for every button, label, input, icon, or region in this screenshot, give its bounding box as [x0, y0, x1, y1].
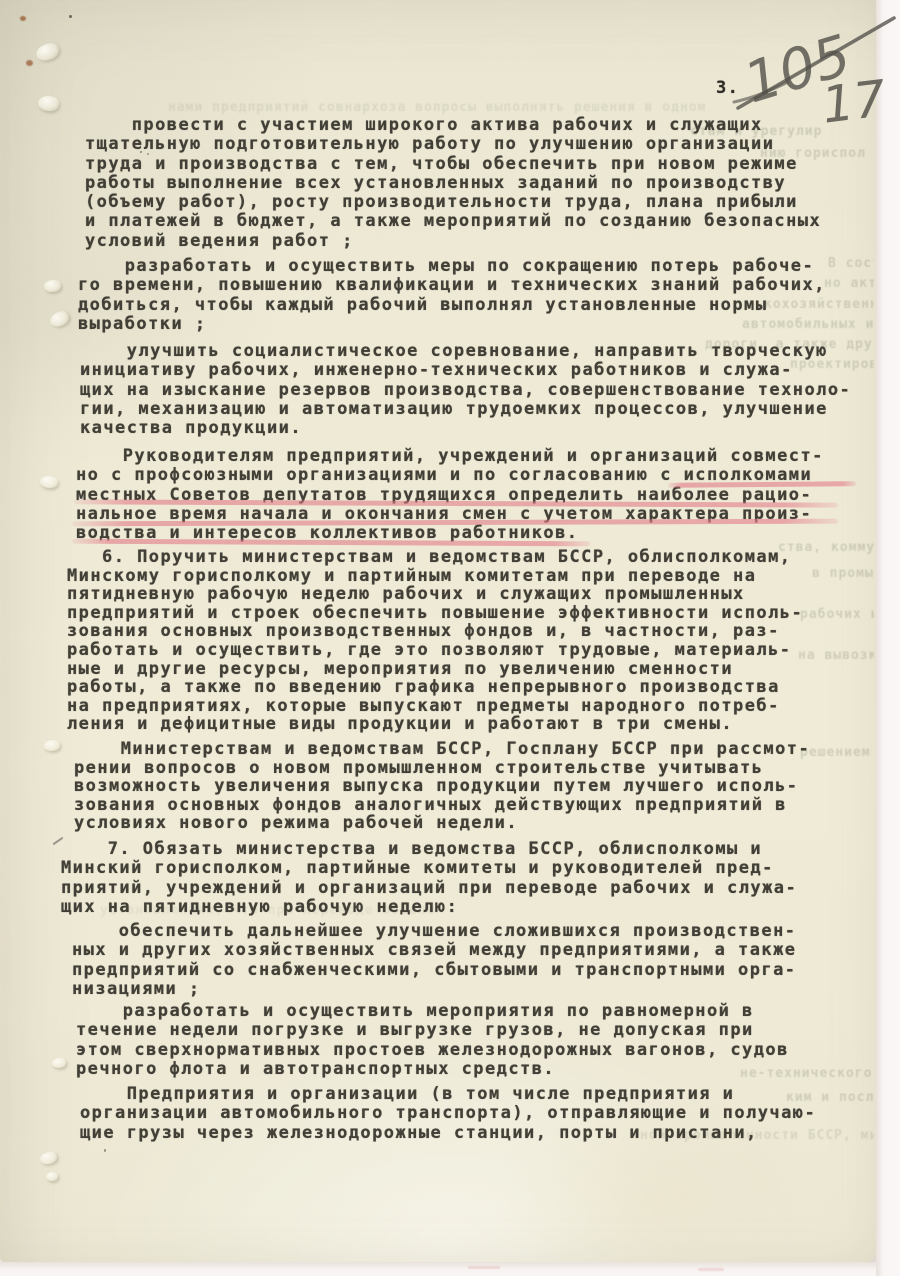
paper-crease	[44, 740, 60, 751]
ink-bleed-text: решением весьм	[800, 745, 874, 760]
ink-speck	[104, 1149, 106, 1152]
ink-bleed-text: но актив	[824, 276, 874, 291]
scanner-background-right	[876, 0, 900, 1276]
scanner-background-bottom	[0, 1262, 876, 1276]
rust-speck	[20, 16, 26, 21]
typed-paragraph: 7. Обязать министерства и ведомства БССР…	[61, 840, 797, 917]
typed-paragraph: 6. Поручить министерствам и ведомствам Б…	[67, 548, 803, 734]
ink-bleed-text: В состав	[828, 256, 874, 271]
typed-paragraph: провести с участием широкого актива рабо…	[85, 116, 821, 251]
ink-bleed-text: рабочих и мест	[800, 607, 874, 622]
ink-bleed-text: на вывозку гот	[798, 648, 874, 663]
ink-bleed-text: нами предприятий совнархоза вопросы выпо…	[168, 100, 706, 115]
ink-speck	[147, 153, 149, 155]
paper-crease	[46, 1172, 58, 1181]
ink-speck	[140, 151, 142, 153]
typed-paragraph: улучшить социалистическое соревнование, …	[80, 342, 851, 438]
paper-crease	[52, 1058, 66, 1068]
rust-speck	[26, 60, 33, 66]
typed-paragraph: разработать и осуществить мероприятия по…	[76, 1002, 789, 1079]
handwritten-new-number: 17	[819, 69, 889, 134]
typed-paragraph: Руководителям предприятий, учреждений и …	[76, 447, 824, 543]
scanned-document: нами предприятий совнархоза вопросы выпо…	[0, 0, 900, 1276]
pink-smudge	[468, 1266, 500, 1269]
handwritten-note: 105 17	[718, 6, 898, 138]
ink-speck	[69, 15, 72, 18]
ink-bleed-text: в промышл	[812, 566, 874, 581]
typed-paragraph: Предприятия и организации (в том числе п…	[80, 1085, 816, 1143]
pink-smudge	[698, 1268, 724, 1271]
typed-paragraph: Министерствам и ведомствам БССР, Госплан…	[74, 740, 810, 833]
typed-paragraph: разработать и осуществить меры по сокращ…	[78, 257, 826, 334]
typed-paragraph: обеспечить дальнейшее улучшение сложивши…	[72, 922, 796, 999]
paper-crease	[44, 280, 61, 292]
